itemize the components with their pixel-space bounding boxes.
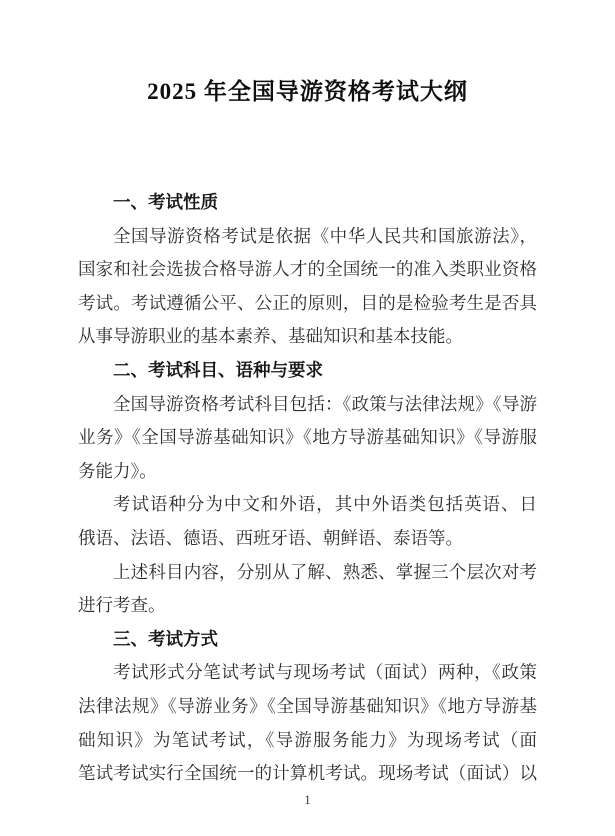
text-line: 考试语种分为中文和外语，其中外语类包括英语、日语、 [78,488,537,522]
text-line: 考试形式分笔试考试与现场考试（面试）两种，《政策与 [78,656,537,690]
text-line: 从事导游职业的基本素养、基础知识和基本技能。 [78,320,537,354]
section-heading: 一、考试性质 [78,186,537,220]
text-line: 全国导游资格考试是依据《中华人民共和国旅游法》，为 [78,220,537,254]
text-line: 进行考查。 [78,589,537,623]
document-page: 2025 年全国导游资格考试大纲 一、考试性质全国导游资格考试是依据《中华人民共… [0,0,615,836]
document-body: 一、考试性质全国导游资格考试是依据《中华人民共和国旅游法》，为国家和社会选拔合格… [78,186,537,791]
section-heading: 三、考试方式 [78,623,537,657]
text-line: 上述科目内容，分别从了解、熟悉、掌握三个层次对考生 [78,556,537,590]
section-heading: 二、考试科目、语种与要求 [78,354,537,388]
text-line: 全国导游资格考试科目包括：《政策与法律法规》《导游 [78,388,537,422]
text-line: 础知识》为笔试考试，《导游服务能力》为现场考试（面试）。 [78,724,537,758]
text-line: 国家和社会选拔合格导游人才的全国统一的准入类职业资格 [78,253,537,287]
text-line: 俄语、法语、德语、西班牙语、朝鲜语、泰语等。 [78,522,537,556]
page-number: 1 [0,791,615,809]
text-line: 务能力》。 [78,455,537,489]
text-line: 考试。考试遵循公平、公正的原则，目的是检验考生是否具备 [78,287,537,321]
text-line: 法律法规》《导游业务》《全国导游基础知识》《地方导游基 [78,690,537,724]
text-line: 笔试考试实行全国统一的计算机考试。现场考试（面试）以模 [78,757,537,791]
text-line: 业务》《全国导游基础知识》《地方导游基础知识》《导游服 [78,421,537,455]
document-title: 2025 年全国导游资格考试大纲 [0,76,615,108]
